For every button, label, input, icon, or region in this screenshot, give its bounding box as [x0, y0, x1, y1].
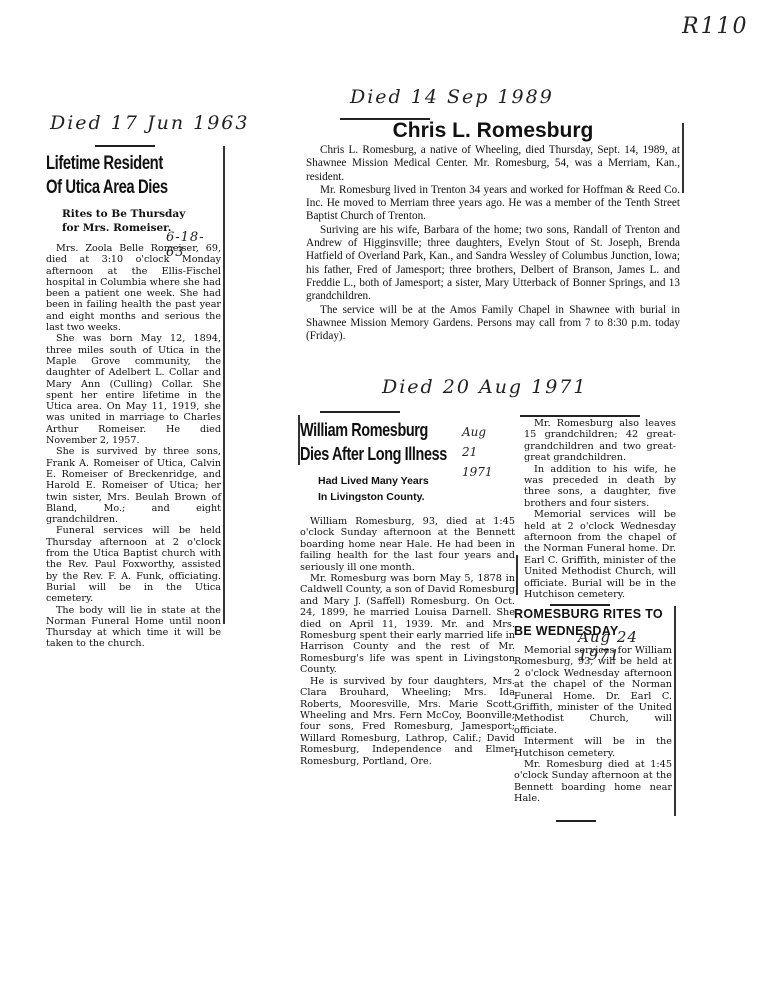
- headline-romeiser: Lifetime Resident Of Utica Area Dies: [46, 152, 218, 200]
- handwritten-note: Aug 21 1971: [462, 422, 502, 482]
- paragraph: Interment will be in the Hutchison cemet…: [514, 736, 672, 759]
- handwritten-date-1989: Died 14 Sep 1989: [350, 86, 554, 108]
- clipping-rule: [95, 145, 155, 147]
- clipping-romesburg-rites: ROMESBURG RITES TO BE WEDNESDAY Aug 24 1…: [514, 606, 672, 805]
- subhead-line: Rites to Be Thursday: [62, 207, 221, 221]
- column-rule: [682, 123, 684, 193]
- article-body-william-col1: William Romesburg, 93, died at 1:45 o'cl…: [300, 516, 515, 767]
- paragraph: Mr. Romesburg was born May 5, 1878 in Ca…: [300, 573, 515, 676]
- handwritten-note: Aug 24 1971: [578, 628, 672, 664]
- column-rule: [223, 146, 225, 624]
- column-rule: [674, 606, 676, 816]
- paragraph: The body will lie in state at the Norman…: [46, 605, 221, 650]
- article-body-chris: Chris L. Romesburg, a native of Wheeling…: [306, 144, 680, 343]
- headline-chris-romesburg: Chris L. Romesburg: [306, 118, 680, 144]
- paragraph: Chris L. Romesburg, a native of Wheeling…: [306, 144, 680, 184]
- paragraph: Funeral services will be held Thursday a…: [46, 525, 221, 604]
- paragraph: Mr. Romesburg lived in Trenton 34 years …: [306, 184, 680, 224]
- paragraph: Mr. Romesburg also leaves 15 grandchildr…: [524, 418, 676, 464]
- article-body-rites: Memorial services for William Romesburg,…: [514, 645, 672, 805]
- clipping-romeiser: Lifetime Resident Of Utica Area Dies Rit…: [46, 152, 221, 650]
- headline-line: Lifetime Resident: [46, 152, 218, 176]
- paragraph: She is survived by three sons, Frank A. …: [46, 446, 221, 525]
- paragraph: In addition to his wife, he was preceded…: [524, 464, 676, 510]
- handwritten-date-1971: Died 20 Aug 1971: [382, 376, 588, 398]
- clipping-rule: [556, 820, 596, 822]
- paragraph: Mr. Romesburg died at 1:45 o'clock Sunda…: [514, 759, 672, 805]
- headline-line: Of Utica Area Dies: [46, 176, 218, 200]
- column-rule: [516, 555, 518, 595]
- paragraph: William Romesburg, 93, died at 1:45 o'cl…: [300, 516, 515, 573]
- handwritten-date-1963: Died 17 Jun 1963: [50, 112, 249, 134]
- paragraph: Suriving are his wife, Barbara of the ho…: [306, 224, 680, 304]
- subhead-line: In Livingston County.: [318, 489, 515, 505]
- paragraph: She was born May 12, 1894, three miles s…: [46, 333, 221, 446]
- clipping-rule: [520, 415, 640, 417]
- article-body-william-col2: Mr. Romesburg also leaves 15 grandchildr…: [524, 418, 676, 601]
- paragraph: Memorial services will be held at 2 o'cl…: [524, 509, 676, 600]
- clipping-chris-romesburg: Chris L. Romesburg Chris L. Romesburg, a…: [306, 118, 680, 343]
- paragraph: He is survived by four daughters, Mrs. C…: [300, 676, 515, 767]
- clipping-rule: [320, 411, 400, 413]
- headline-line: ROMESBURG RITES TO: [514, 606, 672, 623]
- paragraph: The service will be at the Amos Family C…: [306, 304, 680, 344]
- page-mark: R110: [682, 14, 749, 39]
- handwritten-note: 6-18-63: [166, 230, 221, 260]
- clipping-william-romesburg: William Romesburg Dies After Long Illnes…: [300, 418, 515, 767]
- article-body-romeiser: Mrs. Zoola Belle Romeiser, 69, died at 3…: [46, 243, 221, 650]
